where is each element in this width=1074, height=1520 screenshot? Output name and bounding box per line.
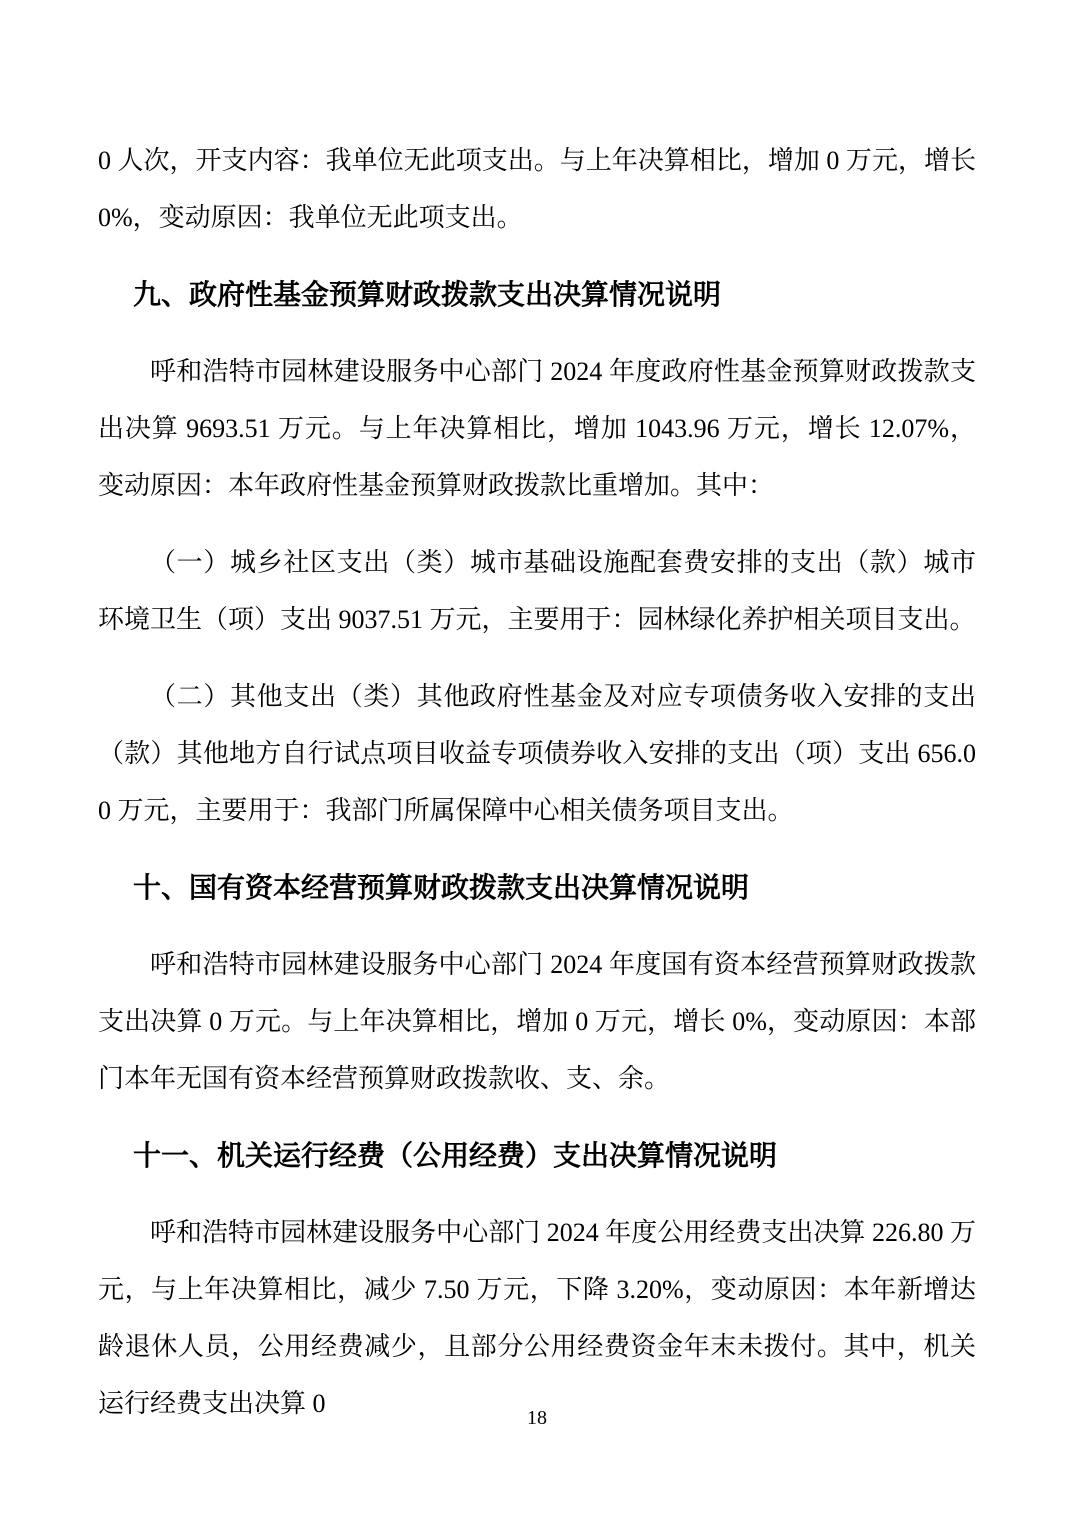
paragraph-carryover: 0 人次，开支内容：我单位无此项支出。与上年决算相比，增加 0 万元，增长 0%… — [98, 132, 976, 246]
paragraph-section-9-summary: 呼和浩特市园林建设服务中心部门 2024 年度政府性基金预算财政拨款支出决算 9… — [98, 343, 976, 514]
paragraph-section-10-summary: 呼和浩特市园林建设服务中心部门 2024 年度国有资本经营预算财政拨款支出决算 … — [98, 936, 976, 1107]
paragraph-section-11-summary: 呼和浩特市园林建设服务中心部门 2024 年度公用经费支出决算 226.80 万… — [98, 1204, 976, 1432]
section-heading-10: 十、国有资本经营预算财政拨款支出决算情况说明 — [133, 859, 976, 916]
paragraph-section-9-item-2: （二）其他支出（类）其他政府性基金及对应专项债务收入安排的支出（款）其他地方自行… — [98, 668, 976, 839]
page-number: 18 — [0, 1404, 1074, 1432]
document-page: 0 人次，开支内容：我单位无此项支出。与上年决算相比，增加 0 万元，增长 0%… — [0, 0, 1074, 1520]
paragraph-section-9-item-1: （一）城乡社区支出（类）城市基础设施配套费安排的支出（款）城市环境卫生（项）支出… — [98, 534, 976, 648]
section-heading-11: 十一、机关运行经费（公用经费）支出决算情况说明 — [133, 1127, 976, 1184]
section-heading-9: 九、政府性基金预算财政拨款支出决算情况说明 — [133, 266, 976, 323]
